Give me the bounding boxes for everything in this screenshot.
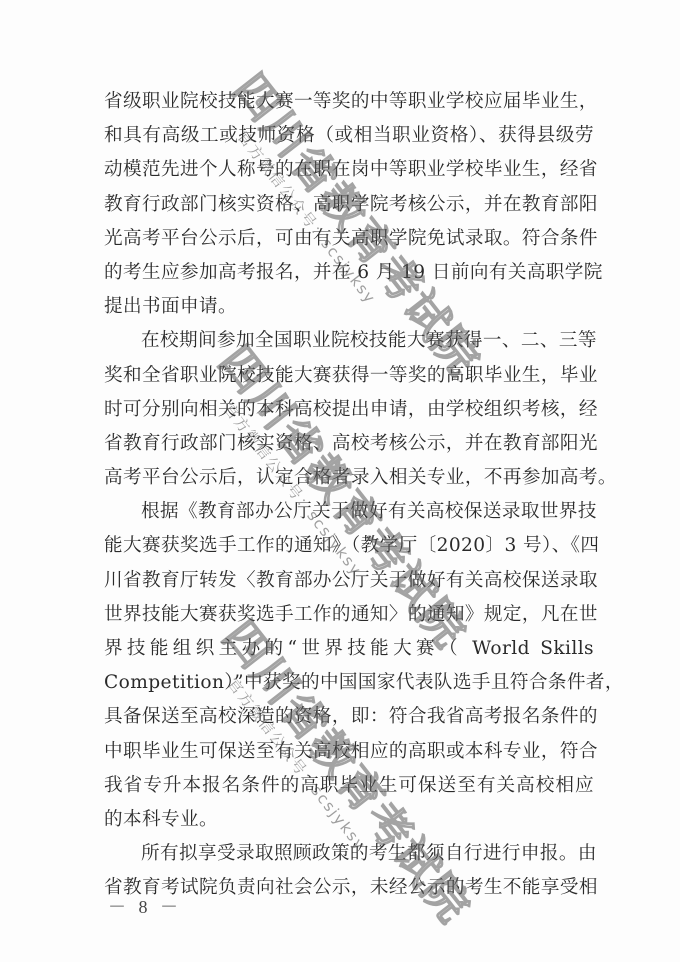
text-line: 我省专升本报名条件的高职毕业生可保送至有关高校相应 — [104, 769, 594, 803]
text-line: 提出书面申请。 — [104, 290, 594, 324]
text-line: 根据《教育部办公厅关于做好有关高校保送录取世界技 — [104, 495, 594, 529]
text-line: 光高考平台公示后，可由有关高职学院免试录取。符合条件 — [104, 222, 594, 256]
text-line: 世界技能大赛获奖选手工作的通知〉的通知》规定，凡在世 — [104, 598, 594, 632]
text-line: 时可分别向相关的本科高校提出申请，由学校组织考核，经 — [104, 393, 594, 427]
text-line: 高考平台公示后，认定合格者录入相关专业，不再参加高考。 — [104, 461, 594, 495]
paragraph-2: 在校期间参加全国职业院校技能大赛获得一、二、三等 奖和全省职业院校技能大赛获得一… — [104, 324, 594, 495]
document-page: 省级职业院校技能大赛一等奖的中等职业学校应届毕业生， 和具有高级工或技师资格（或… — [0, 0, 680, 962]
paragraph-1: 省级职业院校技能大赛一等奖的中等职业学校应届毕业生， 和具有高级工或技师资格（或… — [104, 85, 594, 324]
text-line: 所有拟享受录取照顾政策的考生都须自行进行申报。由 — [104, 837, 594, 871]
text-line: 的本科专业。 — [104, 803, 594, 837]
page-number: － 8 － — [108, 893, 182, 919]
text-line: 省级职业院校技能大赛一等奖的中等职业学校应届毕业生， — [104, 85, 594, 119]
text-line: 在校期间参加全国职业院校技能大赛获得一、二、三等 — [104, 324, 594, 358]
text-line: 具备保送至高校深造的资格，即：符合我省高考报名条件的 — [104, 700, 594, 734]
text-line: 能大赛获奖选手工作的通知》（教学厅〔2020〕3 号）、《四 — [104, 529, 594, 563]
text-line: 动模范先进个人称号的在职在岗中等职业学校毕业生，经省 — [104, 153, 594, 187]
paragraph-3: 根据《教育部办公厅关于做好有关高校保送录取世界技 能大赛获奖选手工作的通知》（教… — [104, 495, 594, 837]
text-line: Competition）”中获奖的中国国家代表队选手且符合条件者， — [104, 666, 594, 700]
text-line: 的考生应参加高考报名，并在 6 月 19 日前向有关高职学院 — [104, 256, 594, 290]
text-line: 省教育行政部门核实资格、高校考核公示，并在教育部阳光 — [104, 427, 594, 461]
text-line: 奖和全省职业院校技能大赛获得一等奖的高职毕业生，毕业 — [104, 359, 594, 393]
text-line: 川省教育厅转发〈教育部办公厅关于做好有关高校保送录取 — [104, 564, 594, 598]
text-line: 中职毕业生可保送至有关高校相应的高职或本科专业，符合 — [104, 735, 594, 769]
text-line: 界技能组织主办的“世界技能大赛（ World Skills — [104, 632, 594, 666]
body-text: 省级职业院校技能大赛一等奖的中等职业学校应届毕业生， 和具有高级工或技师资格（或… — [104, 85, 594, 906]
text-line: 教育行政部门核实资格、高职学院考核公示，并在教育部阳 — [104, 188, 594, 222]
text-line: 和具有高级工或技师资格（或相当职业资格）、获得县级劳 — [104, 119, 594, 153]
